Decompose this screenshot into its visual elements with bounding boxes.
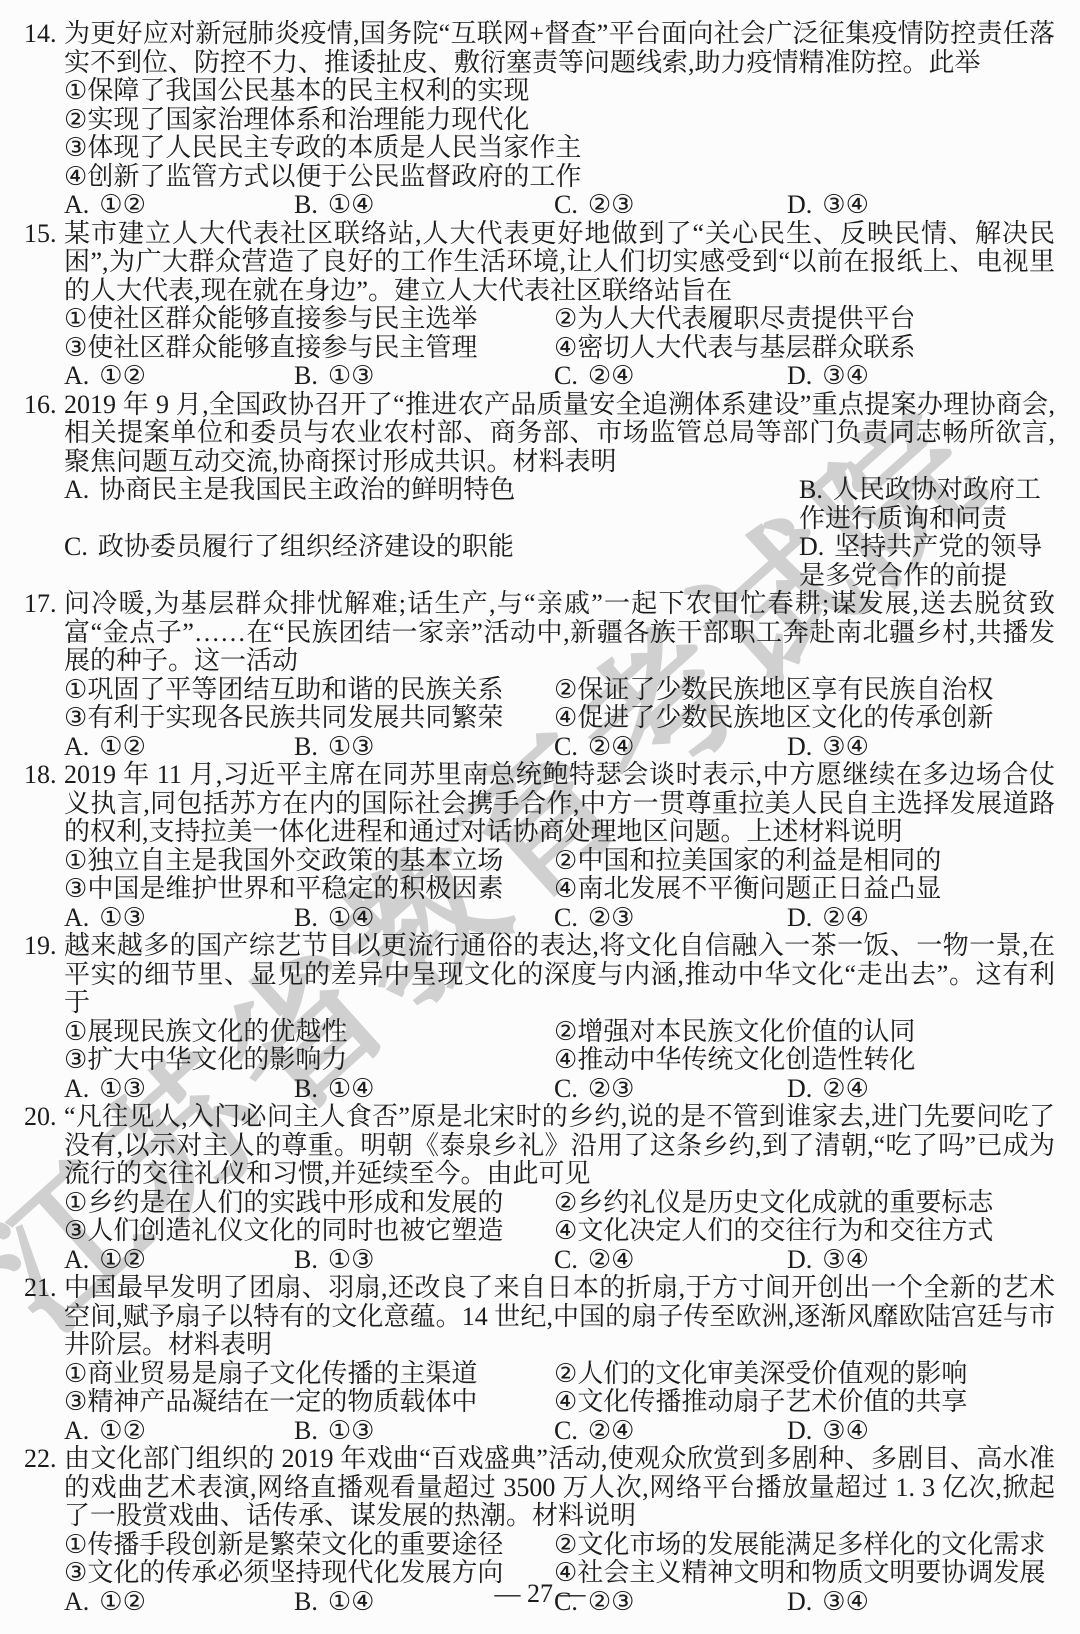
- option-item: ③精神产品凝结在一定的物质载体中: [64, 1388, 554, 1417]
- option-text: 精神产品凝结在一定的物质载体中: [87, 1387, 477, 1416]
- answer-item: B.①③: [294, 362, 554, 391]
- question-body: 为更好应对新冠肺炎疫情,国务院“互联网+督查”平台面向社会广泛征集疫情防控责任落…: [64, 20, 1055, 220]
- answer-item: C.②③: [554, 904, 787, 933]
- answer-value: ①③: [328, 361, 375, 390]
- question-body: “凡往见人,入门必问主人食否”原是北宋时的乡约,说的是不管到谁家去,进门先要问吃…: [64, 1103, 1055, 1274]
- option-label: ②: [554, 304, 577, 333]
- option-text: 促进了少数民族地区文化的传承创新: [577, 703, 993, 732]
- question-body: 2019 年 9 月,全国政协召开了“推进农产品质量安全追溯体系建设”重点提案办…: [64, 391, 1055, 591]
- option-text: 增强对本民族文化价值的认同: [577, 1017, 915, 1046]
- question-number: 16.: [24, 391, 64, 420]
- option-text: 中国是维护世界和平稳定的积极因素: [87, 874, 503, 903]
- option-label: ①: [64, 846, 87, 875]
- option-label: ④: [554, 333, 577, 362]
- answer-value: ②③: [588, 1074, 635, 1103]
- question: 19.越来越多的国产综艺节目以更流行通俗的表达,将文化自信融入一茶一饭、一物一景…: [24, 932, 1055, 1103]
- question-number: 19.: [24, 932, 64, 961]
- question-number: 14.: [24, 20, 64, 49]
- answer-label: A.: [64, 732, 89, 761]
- question: 17.问冷暖,为基层群众排忧解难;话生产,与“亲戚”一起下农田忙春耕;谋发展,送…: [24, 590, 1055, 761]
- answer-label: D.: [787, 1416, 812, 1445]
- answer-label: B.: [294, 1245, 318, 1274]
- question-stem: 由文化部门组织的 2019 年戏曲“百戏盛典”活动,使观众欣赏到多剧种、多剧目、…: [64, 1445, 1055, 1531]
- answer-value: ①②: [99, 1245, 146, 1274]
- answer-label: C.: [554, 1416, 578, 1445]
- option-list: ①巩固了平等团结互助和谐的民族关系②保证了少数民族地区享有民族自治权③有利于实现…: [64, 676, 1055, 733]
- question-body: 越来越多的国产综艺节目以更流行通俗的表达,将文化自信融入一茶一饭、一物一景,在平…: [64, 932, 1055, 1103]
- answer-label: A.: [64, 1074, 89, 1103]
- option-label: ①: [64, 304, 87, 333]
- question: 14.为更好应对新冠肺炎疫情,国务院“互联网+督查”平台面向社会广泛征集疫情防控…: [24, 20, 1055, 220]
- option-text: 人们的文化审美深受价值观的影响: [577, 1359, 967, 1388]
- option-item: ②增强对本民族文化价值的认同: [554, 1018, 1055, 1047]
- answer-item: D.②④: [787, 1075, 1055, 1104]
- page-number: — 27 —: [495, 1579, 586, 1608]
- option-label: ③: [64, 1216, 87, 1245]
- option-label: ③: [64, 1045, 87, 1074]
- answer-value: ②③: [588, 903, 635, 932]
- option-text: 有利于实现各民族共同发展共同繁荣: [87, 703, 503, 732]
- answer-item: B.①③: [294, 1417, 554, 1446]
- option-item: ①传播手段创新是繁荣文化的重要途径: [64, 1531, 554, 1560]
- answer-item: C.②④: [554, 1246, 787, 1275]
- question: 15.某市建立人大代表社区联络站,人大代表更好地做到了“关心民生、反映民情、解决…: [24, 220, 1055, 391]
- answer-item: B.①④: [294, 191, 554, 220]
- option-text: 实现了国家治理体系和治理能力现代化: [87, 105, 529, 134]
- answer-label: B.: [294, 903, 318, 932]
- answer-item: A.①②: [64, 1417, 294, 1446]
- option-label: C.: [64, 532, 88, 561]
- answer-value: ②③: [588, 190, 635, 219]
- answer-item: C.②③: [554, 191, 787, 220]
- option-label: ②: [554, 1359, 577, 1388]
- answer-item: A.①②: [64, 1246, 294, 1275]
- option-list: ①保障了我国公民基本的民主权利的实现②实现了国家治理体系和治理能力现代化③体现了…: [64, 77, 1055, 191]
- option-label: ①: [64, 675, 87, 704]
- answer-label: B.: [294, 190, 318, 219]
- option-label: ④: [554, 1387, 577, 1416]
- option-text: 独立自主是我国外交政策的基本立场: [87, 846, 503, 875]
- answer-value: ①③: [99, 1074, 146, 1103]
- answer-label: D.: [787, 732, 812, 761]
- answer-label: B.: [294, 1074, 318, 1103]
- option-text: 创新了监管方式以便于公民监督政府的工作: [87, 162, 581, 191]
- answer-item: A.①②: [64, 191, 294, 220]
- answer-label: D.: [787, 1245, 812, 1274]
- question-body: 2019 年 11 月,习近平主席在同苏里南总统鲍特瑟会谈时表示,中方愿继续在多…: [64, 761, 1055, 932]
- option-item: ①乡约是在人们的实践中形成和发展的: [64, 1189, 554, 1218]
- option-text: 推动中华传统文化创造性转化: [577, 1045, 915, 1074]
- option-item: ④文化决定人们的交往行为和交往方式: [554, 1217, 1055, 1246]
- question-stem: “凡往见人,入门必问主人食否”原是北宋时的乡约,说的是不管到谁家去,进门先要问吃…: [64, 1103, 1055, 1189]
- option-item: A.协商民主是我国民主政治的鲜明特色: [64, 476, 799, 533]
- option-text: 文化市场的发展能满足多样化的文化需求: [577, 1530, 1045, 1559]
- option-item: ②人们的文化审美深受价值观的影响: [554, 1360, 1055, 1389]
- answer-row: A.①③B.①④C.②③D.②④: [64, 1075, 1055, 1104]
- option-item: B.人民政协对政府工作进行质询和问责: [799, 476, 1055, 533]
- question-stem: 2019 年 11 月,习近平主席在同苏里南总统鲍特瑟会谈时表示,中方愿继续在多…: [64, 761, 1055, 847]
- answer-label: A.: [64, 1416, 89, 1445]
- answer-item: D.③④: [787, 733, 1055, 762]
- option-item: ③使社区群众能够直接参与民主管理: [64, 334, 554, 363]
- option-text: 展现民族文化的优越性: [87, 1017, 347, 1046]
- option-list: ①商业贸易是扇子文化传播的主渠道②人们的文化审美深受价值观的影响③精神产品凝结在…: [64, 1360, 1055, 1417]
- question: 20.“凡往见人,入门必问主人食否”原是北宋时的乡约,说的是不管到谁家去,进门先…: [24, 1103, 1055, 1274]
- answer-value: ③④: [822, 1416, 869, 1445]
- answer-label: D.: [787, 361, 812, 390]
- option-item: ②文化市场的发展能满足多样化的文化需求: [554, 1531, 1055, 1560]
- answer-value: ①②: [99, 190, 146, 219]
- option-label: ④: [554, 1045, 577, 1074]
- option-text: 传播手段创新是繁荣文化的重要途径: [87, 1530, 503, 1559]
- question-number: 18.: [24, 761, 64, 790]
- option-text: 扩大中华文化的影响力: [87, 1045, 347, 1074]
- answer-item: A.①②: [64, 362, 294, 391]
- option-label: ②: [64, 105, 87, 134]
- option-label: ①: [64, 1359, 87, 1388]
- option-text: 协商民主是我国民主政治的鲜明特色: [99, 475, 515, 504]
- answer-row: A.①②B.①③C.②④D.③④: [64, 1246, 1055, 1275]
- answer-row: A.①②B.①③C.②④D.③④: [64, 1417, 1055, 1446]
- question-number: 15.: [24, 220, 64, 249]
- option-list: ①展现民族文化的优越性②增强对本民族文化价值的认同③扩大中华文化的影响力④推动中…: [64, 1018, 1055, 1075]
- option-label: ①: [64, 1188, 87, 1217]
- option-item: ④南北发展不平衡问题正日益凸显: [554, 875, 1055, 904]
- answer-row: A.①②B.①④C.②③D.③④: [64, 191, 1055, 220]
- option-item: ④推动中华传统文化创造性转化: [554, 1046, 1055, 1075]
- answer-value: ②④: [588, 361, 635, 390]
- answer-label: A.: [64, 1245, 89, 1274]
- option-label: ③: [64, 133, 87, 162]
- option-item: ②乡约礼仪是历史文化成就的重要标志: [554, 1189, 1055, 1218]
- answer-value: ①③: [328, 1245, 375, 1274]
- option-item: ②中国和拉美国家的利益是相同的: [554, 847, 1055, 876]
- option-item: ①巩固了平等团结互助和谐的民族关系: [64, 676, 554, 705]
- question-list: 14.为更好应对新冠肺炎疫情,国务院“互联网+督查”平台面向社会广泛征集疫情防控…: [24, 20, 1055, 1616]
- option-text: 密切人大代表与基层群众联系: [577, 333, 915, 362]
- option-text: 为人大代表履职尽责提供平台: [577, 304, 915, 333]
- answer-value: ②④: [822, 903, 869, 932]
- question-stem: 2019 年 9 月,全国政协召开了“推进农产品质量安全追溯体系建设”重点提案办…: [64, 391, 1055, 477]
- answer-item: D.③④: [787, 191, 1055, 220]
- answer-value: ①②: [99, 732, 146, 761]
- option-list: A.协商民主是我国民主政治的鲜明特色B.人民政协对政府工作进行质询和问责C.政协…: [64, 476, 1055, 590]
- option-label: ④: [554, 703, 577, 732]
- option-label: D.: [799, 532, 824, 561]
- option-label: ③: [64, 874, 87, 903]
- option-text: 人们创造礼仪文化的同时也被它塑造: [87, 1216, 503, 1245]
- answer-value: ③④: [822, 361, 869, 390]
- option-list: ①独立自主是我国外交政策的基本立场②中国和拉美国家的利益是相同的③中国是维护世界…: [64, 847, 1055, 904]
- answer-label: C.: [554, 903, 578, 932]
- option-item: ②实现了国家治理体系和治理能力现代化: [64, 106, 1055, 135]
- answer-value: ①③: [99, 903, 146, 932]
- question-number: 21.: [24, 1274, 64, 1303]
- exam-page: 14.为更好应对新冠肺炎疫情,国务院“互联网+督查”平台面向社会广泛征集疫情防控…: [0, 0, 1080, 1616]
- question-stem: 越来越多的国产综艺节目以更流行通俗的表达,将文化自信融入一茶一饭、一物一景,在平…: [64, 932, 1055, 1018]
- answer-label: D.: [787, 903, 812, 932]
- answer-value: ①③: [328, 1416, 375, 1445]
- answer-value: ①②: [99, 1416, 146, 1445]
- option-item: ①独立自主是我国外交政策的基本立场: [64, 847, 554, 876]
- option-text: 乡约是在人们的实践中形成和发展的: [87, 1188, 503, 1217]
- option-text: 文化决定人们的交往行为和交往方式: [577, 1216, 993, 1245]
- question-number: 17.: [24, 590, 64, 619]
- option-label: ③: [64, 333, 87, 362]
- option-label: ④: [554, 1216, 577, 1245]
- answer-item: B.①④: [294, 1075, 554, 1104]
- option-text: 使社区群众能够直接参与民主管理: [87, 333, 477, 362]
- question-body: 问冷暖,为基层群众排忧解难;话生产,与“亲戚”一起下农田忙春耕;谋发展,送去脱贫…: [64, 590, 1055, 761]
- option-item: ④创新了监管方式以便于公民监督政府的工作: [64, 163, 1055, 192]
- option-label: ④: [554, 874, 577, 903]
- option-item: D.坚持共产党的领导是多党合作的前提: [799, 533, 1055, 590]
- answer-value: ①④: [328, 903, 375, 932]
- option-text: 政协委员履行了组织经济建设的职能: [98, 532, 514, 561]
- answer-item: C.②③: [554, 1075, 787, 1104]
- answer-label: B.: [294, 361, 318, 390]
- answer-item: D.③④: [787, 1246, 1055, 1275]
- option-label: ①: [64, 1530, 87, 1559]
- answer-label: A.: [64, 361, 89, 390]
- option-item: ④文化传播推动扇子艺术价值的共享: [554, 1388, 1055, 1417]
- question-number: 20.: [24, 1103, 64, 1132]
- option-label: ③: [64, 703, 87, 732]
- option-label: ②: [554, 1530, 577, 1559]
- answer-label: C.: [554, 361, 578, 390]
- option-text: 坚持共产党的领导是多党合作的前提: [799, 532, 1042, 590]
- option-text: 乡约礼仪是历史文化成就的重要标志: [577, 1188, 993, 1217]
- question-stem: 问冷暖,为基层群众排忧解难;话生产,与“亲戚”一起下农田忙春耕;谋发展,送去脱贫…: [64, 590, 1055, 676]
- answer-label: C.: [554, 1245, 578, 1274]
- answer-item: C.②④: [554, 362, 787, 391]
- answer-label: C.: [554, 1074, 578, 1103]
- option-text: 南北发展不平衡问题正日益凸显: [577, 874, 941, 903]
- option-text: 体现了人民民主专政的本质是人民当家作主: [87, 133, 581, 162]
- option-text: 中国和拉美国家的利益是相同的: [577, 846, 941, 875]
- option-text: 商业贸易是扇子文化传播的主渠道: [87, 1359, 477, 1388]
- question-body: 中国最早发明了团扇、羽扇,还改良了来自日本的折扇,于方寸间开创出一个全新的艺术空…: [64, 1274, 1055, 1445]
- answer-value: ①④: [328, 190, 375, 219]
- answer-row: A.①②B.①③C.②④D.③④: [64, 733, 1055, 762]
- question-stem: 某市建立人大代表社区联络站,人大代表更好地做到了“关心民生、反映民情、解决民困”…: [64, 220, 1055, 306]
- option-item: C.政协委员履行了组织经济建设的职能: [64, 533, 799, 590]
- option-label: ③: [64, 1387, 87, 1416]
- option-item: ③体现了人民民主专政的本质是人民当家作主: [64, 134, 1055, 163]
- answer-value: ③④: [822, 190, 869, 219]
- answer-label: A.: [64, 903, 89, 932]
- answer-label: C.: [554, 732, 578, 761]
- option-label: ②: [554, 675, 577, 704]
- option-label: ②: [554, 1188, 577, 1217]
- answer-label: D.: [787, 190, 812, 219]
- question-body: 某市建立人大代表社区联络站,人大代表更好地做到了“关心民生、反映民情、解决民困”…: [64, 220, 1055, 391]
- answer-item: B.①④: [294, 904, 554, 933]
- option-label: ①: [64, 1017, 87, 1046]
- answer-item: D.③④: [787, 1417, 1055, 1446]
- option-item: ②保证了少数民族地区享有民族自治权: [554, 676, 1055, 705]
- answer-item: A.①③: [64, 904, 294, 933]
- option-item: ③扩大中华文化的影响力: [64, 1046, 554, 1075]
- option-item: ②为人大代表履职尽责提供平台: [554, 305, 1055, 334]
- option-label: ②: [554, 1017, 577, 1046]
- answer-row: A.①③B.①④C.②③D.②④: [64, 904, 1055, 933]
- option-list: ①使社区群众能够直接参与民主选举②为人大代表履职尽责提供平台③使社区群众能够直接…: [64, 305, 1055, 362]
- option-text: 巩固了平等团结互助和谐的民族关系: [87, 675, 503, 704]
- answer-value: ②④: [588, 1245, 635, 1274]
- answer-item: B.①③: [294, 1246, 554, 1275]
- question-number: 22.: [24, 1445, 64, 1474]
- question: 16.2019 年 9 月,全国政协召开了“推进农产品质量安全追溯体系建设”重点…: [24, 391, 1055, 591]
- answer-value: ①④: [328, 1074, 375, 1103]
- answer-label: B.: [294, 1416, 318, 1445]
- answer-value: ①②: [99, 361, 146, 390]
- option-item: ④密切人大代表与基层群众联系: [554, 334, 1055, 363]
- question: 21.中国最早发明了团扇、羽扇,还改良了来自日本的折扇,于方寸间开创出一个全新的…: [24, 1274, 1055, 1445]
- option-item: ③中国是维护世界和平稳定的积极因素: [64, 875, 554, 904]
- option-item: ③人们创造礼仪文化的同时也被它塑造: [64, 1217, 554, 1246]
- answer-label: C.: [554, 190, 578, 219]
- answer-item: A.①③: [64, 1075, 294, 1104]
- answer-item: D.③④: [787, 362, 1055, 391]
- option-item: ①使社区群众能够直接参与民主选举: [64, 305, 554, 334]
- option-text: 文化传播推动扇子艺术价值的共享: [577, 1387, 967, 1416]
- answer-label: B.: [294, 732, 318, 761]
- answer-value: ①③: [328, 732, 375, 761]
- option-list: ①乡约是在人们的实践中形成和发展的②乡约礼仪是历史文化成就的重要标志③人们创造礼…: [64, 1189, 1055, 1246]
- answer-row: A.①②B.①③C.②④D.③④: [64, 362, 1055, 391]
- answer-value: ②④: [588, 732, 635, 761]
- option-text: 保证了少数民族地区享有民族自治权: [577, 675, 993, 704]
- answer-value: ②④: [588, 1416, 635, 1445]
- option-label: ①: [64, 76, 87, 105]
- option-item: ④促进了少数民族地区文化的传承创新: [554, 704, 1055, 733]
- answer-item: D.②④: [787, 904, 1055, 933]
- option-item: ①商业贸易是扇子文化传播的主渠道: [64, 1360, 554, 1389]
- page-footer: — 27 —: [0, 1580, 1080, 1609]
- answer-label: D.: [787, 1074, 812, 1103]
- option-item: ①保障了我国公民基本的民主权利的实现: [64, 77, 1055, 106]
- option-text: 保障了我国公民基本的民主权利的实现: [87, 76, 529, 105]
- answer-value: ③④: [822, 732, 869, 761]
- answer-value: ②④: [822, 1074, 869, 1103]
- option-label: A.: [64, 475, 89, 504]
- answer-item: B.①③: [294, 733, 554, 762]
- option-text: 人民政协对政府工作进行质询和问责: [799, 475, 1041, 533]
- answer-label: A.: [64, 190, 89, 219]
- question-stem: 为更好应对新冠肺炎疫情,国务院“互联网+督查”平台面向社会广泛征集疫情防控责任落…: [64, 20, 1055, 77]
- option-label: B.: [799, 475, 823, 504]
- question: 18.2019 年 11 月,习近平主席在同苏里南总统鲍特瑟会谈时表示,中方愿继…: [24, 761, 1055, 932]
- answer-item: C.②④: [554, 1417, 787, 1446]
- option-label: ④: [64, 162, 87, 191]
- answer-item: A.①②: [64, 733, 294, 762]
- question-stem: 中国最早发明了团扇、羽扇,还改良了来自日本的折扇,于方寸间开创出一个全新的艺术空…: [64, 1274, 1055, 1360]
- answer-item: C.②④: [554, 733, 787, 762]
- option-item: ①展现民族文化的优越性: [64, 1018, 554, 1047]
- option-item: ③有利于实现各民族共同发展共同繁荣: [64, 704, 554, 733]
- answer-value: ③④: [822, 1245, 869, 1274]
- option-text: 使社区群众能够直接参与民主选举: [87, 304, 477, 333]
- option-label: ②: [554, 846, 577, 875]
